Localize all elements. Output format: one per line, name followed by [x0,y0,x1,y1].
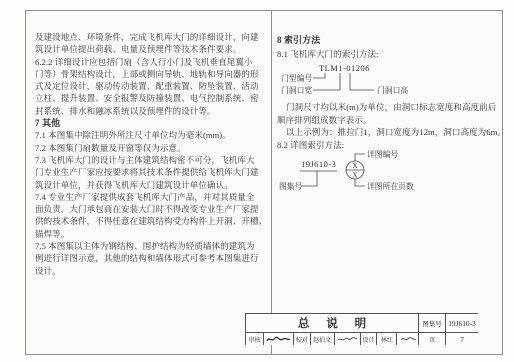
right-text-column: 8 索引方法 8.1 飞机库大门的索引方法: TLM1-01206 门型编号 门… [273,34,504,324]
text-line: 7.1 本图集中除注明外所注尺寸单位均为毫米(mm)。 [35,129,267,141]
text-line: 式及定位设计，驱动传动装置、配重装置、防坠装置、活动 [35,80,267,92]
text-line: 封系统、排水和融冰系统以及预埋件的设计等。 [35,105,267,117]
detail-page-leader-line [355,179,365,186]
detail-index-diagram: 19J610-3 X X 详图编号 详图所在页数 图集号 [277,146,497,198]
text-line: 例进行详图示意，其他的结构和墙体形式可参考本图集进行 [35,252,267,264]
detail-number-leader-line [355,154,365,161]
text-line: 门专业生产厂家应按要求将其技术条件提供给飞机库大门建 [35,166,267,178]
text-line: 筑设计单位提出荷载、电量及预埋件等技术条件要求。 [35,43,267,55]
text-line: 6.2.2 详细设计应包括门扇（含人行小门及飞机垂直尾翼小 [35,56,267,68]
atlas-number-label: 图集号 [418,314,445,332]
door-code-text: TLM1-01206 [319,63,370,73]
text-line: 锚焊等。 [35,228,267,240]
text-line: 顺序排列组成数字表示。 [277,114,372,126]
check-name: 赵伯文 [310,333,334,345]
model-number-leader-line [313,73,325,78]
title-block-row-1: 总 说 明 图集号 19J610-3 [246,314,478,333]
check-signature-icon [334,333,360,345]
opening-height-label: 门洞口高 [377,85,408,95]
design-name: 林红 [376,333,396,345]
text-line: 及建设地点、环境条件，完成飞机库大门的详细设计，向建 [35,31,267,43]
detail-page-placeholder: X [352,172,357,180]
text-line: 设计。 [35,265,267,277]
opening-width-label: 门洞口宽 [281,85,312,95]
text-line: 立柱、提升装置、安全报警及防撞装置、电气控制系统、密 [35,92,267,104]
text-line: 门洞尺寸均以米(m)为单位，由洞口标志宽度和高度前后 [277,101,496,113]
text-line: 面负责，大门承包商在安装大门时不得改变专业生产厂家提 [35,203,267,215]
opening-height-leader-line [350,73,374,90]
section-heading-7: 7 其他 [35,117,267,129]
atlas-page: 及建设地点、环境条件，完成飞机库大门的详细设计，向建 筑设计单位提出荷载、电量及… [25,10,503,355]
title-block: 总 说 明 图集号 19J610-3 审核 校对 赵伯文 设计 林红 页 7 [245,313,478,345]
sheet-title: 总 说 明 [246,314,418,332]
text-line: 7.5 本图集以主体为钢结构、围护结构为轻质墙体的建筑为 [35,240,267,252]
review-label: 审核 [246,333,263,345]
atlas-number-value: 19J610-3 [445,314,478,332]
detail-number-label: 详图编号 [367,149,398,159]
model-number-label: 门型编号 [281,73,312,83]
review-signature-icon [263,333,293,345]
text-line: 门等）骨架结构设计，上部或侧向导轨、地轨和导向器的形 [35,68,267,80]
detail-page-label: 详图所在页数 [367,181,414,191]
title-block-row-2: 审核 校对 赵伯文 设计 林红 页 7 [246,333,478,345]
detail-number-placeholder: X [352,162,357,170]
check-label: 校对 [293,333,310,345]
design-signature-icon [396,333,418,345]
atlas-number-label: 图集号 [279,181,303,191]
atlas-number-leader-line [301,171,317,186]
text-line: 以上示例为：推拉门1，洞口宽度为12m，洞口高度为6m。 [277,126,506,138]
column-divider [271,11,272,354]
page-label: 页 [418,333,445,345]
atlas-number-text: 19J610-3 [301,159,336,169]
opening-width-leader-line [313,73,340,90]
page-number-value: 7 [445,333,478,345]
design-label: 设计 [360,333,377,345]
section-heading-8: 8 索引方法 [277,34,320,46]
door-code-index-diagram: TLM1-01206 门型编号 门洞口宽 门洞口高 [277,59,497,100]
text-line: 7.4 专业生产厂家提供成套飞机库大门产品，并对其质量全 [35,191,267,203]
left-text-column: 及建设地点、环境条件，完成飞机库大门的详细设计，向建 筑设计单位提出荷载、电量及… [35,31,267,277]
text-line: 7.2 本图集门扇数量及开窗等仅为示意。 [35,142,267,154]
text-line: 供的技术条件，不得任意在建筑结构受力构件上开洞、开槽、 [35,215,267,227]
text-line: 7.3 飞机库大门的设计与主体建筑结构密不可分，飞机库大 [35,154,267,166]
text-line: 筑设计单位，并获得飞机库大门建筑设计单位确认。 [35,179,267,191]
